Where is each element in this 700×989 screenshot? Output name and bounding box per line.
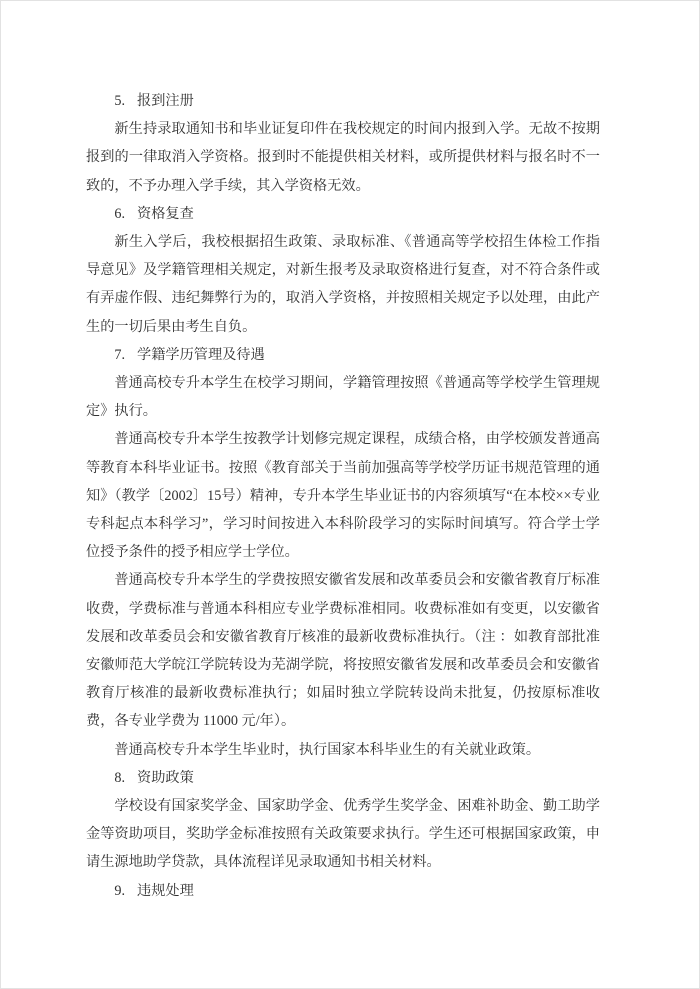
paragraph: 普通高校专升本学生在校学习期间，学籍管理按照《普通高等学校学生管理规定》执行。 (86, 369, 600, 425)
section-heading-6: 6.资格复查 (86, 200, 600, 228)
document-page: 5.报到注册 新生持录取通知书和毕业证复印件在我校规定的时间内报到入学。无故不按… (0, 0, 700, 989)
section-number: 6. (114, 206, 125, 222)
paragraph: 学校设有国家奖学金、国家助学金、优秀学生奖学金、困难补助金、勤工助学金等资助项目… (86, 792, 600, 877)
section-title: 资格复查 (137, 206, 194, 222)
paragraph: 普通高校专升本学生按教学计划修完规定课程，成绩合格，由学校颁发普通高等教育本科毕… (86, 425, 600, 566)
paragraph: 新生持录取通知书和毕业证复印件在我校规定的时间内报到入学。无故不按期报到的一律取… (86, 115, 600, 200)
section-number: 5. (114, 93, 125, 109)
section-title: 资助政策 (137, 770, 194, 786)
section-heading-7: 7.学籍学历管理及待遇 (86, 341, 600, 369)
section-number: 8. (114, 770, 125, 786)
section-title: 报到注册 (137, 93, 194, 109)
section-number: 7. (114, 347, 125, 363)
section-heading-9: 9.违规处理 (86, 877, 600, 905)
section-title: 学籍学历管理及待遇 (137, 347, 265, 363)
section-title: 违规处理 (137, 883, 194, 899)
section-heading-5: 5.报到注册 (86, 87, 600, 115)
paragraph: 新生入学后，我校根据招生政策、录取标准、《普通高等学校招生体检工作指导意见》及学… (86, 228, 600, 341)
document-content: 5.报到注册 新生持录取通知书和毕业证复印件在我校规定的时间内报到入学。无故不按… (86, 87, 600, 905)
section-number: 9. (114, 883, 125, 899)
section-heading-8: 8.资助政策 (86, 764, 600, 792)
paragraph: 普通高校专升本学生的学费按照安徽省发展和改革委员会和安徽省教育厅标准收费，学费标… (86, 566, 600, 735)
paragraph: 普通高校专升本学生毕业时，执行国家本科毕业生的有关就业政策。 (86, 736, 600, 764)
